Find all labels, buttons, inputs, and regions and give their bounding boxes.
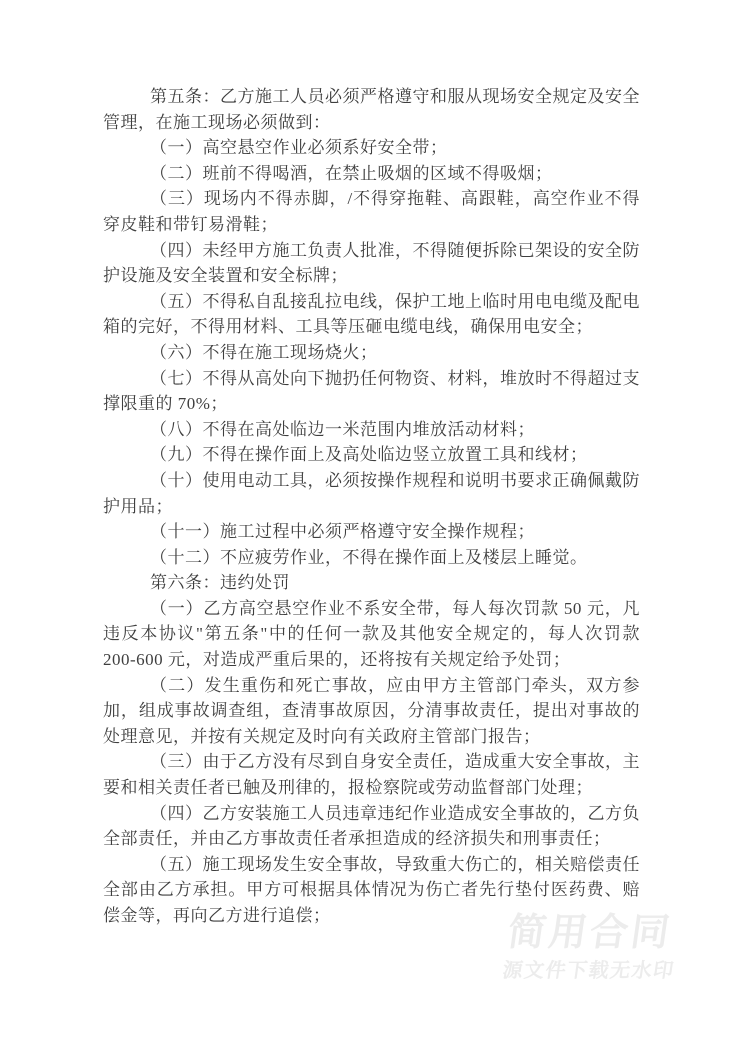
clause-6-item-3: （三）由于乙方没有尽到自身安全责任，造成重大安全事故，主要和相关责任者已触及刑律… (103, 749, 640, 800)
contract-body: 第五条：乙方施工人员必须严格遵守和服从现场安全规定及安全管理，在施工现场必须做到… (103, 84, 640, 929)
clause-5-item-3: （三）现场内不得赤脚，/不得穿拖鞋、高跟鞋，高空作业不得穿皮鞋和带钉易滑鞋； (103, 186, 640, 237)
clause-5-item-4: （四）未经甲方施工负责人批准，不得随便拆除已架设的安全防护设施及安全装置和安全标… (103, 238, 640, 289)
document-page: 第五条：乙方施工人员必须严格遵守和服从现场安全规定及安全管理，在施工现场必须做到… (0, 0, 742, 1049)
clause-5-item-11: （十一）施工过程中必须严格遵守安全操作规程； (103, 519, 640, 545)
clause-5-item-6: （六）不得在施工现场烧火； (103, 340, 640, 366)
clause-5-item-5: （五）不得私自乱接乱拉电线，保护工地上临时用电电缆及配电箱的完好，不得用材料、工… (103, 289, 640, 340)
clause-6-item-2: （二）发生重伤和死亡事故，应由甲方主管部门牵头，双方参加，组成事故调查组，查清事… (103, 673, 640, 750)
clause-5-item-10: （十）使用电动工具，必须按操作规程和说明书要求正确佩戴防护用品； (103, 468, 640, 519)
clause-6-heading: 第六条：违约处罚 (103, 570, 640, 596)
watermark: 简用合同 源文件下载无水印 (501, 910, 711, 984)
clause-5-item-1: （一）高空悬空作业必须系好安全带； (103, 135, 640, 161)
clause-6-item-1: （一）乙方高空悬空作业不系安全带，每人每次罚款 50 元，凡违反本协议"第五条"… (103, 596, 640, 673)
clause-5-item-9: （九）不得在操作面上及高处临边竖立放置工具和线材； (103, 442, 640, 468)
clause-5-item-7: （七）不得从高处向下抛扔任何物资、材料，堆放时不得超过支撑限重的 70%； (103, 366, 640, 417)
watermark-title: 简用合同 (505, 910, 711, 956)
clause-5-item-12: （十二）不应疲劳作业，不得在操作面上及楼层上睡觉。 (103, 545, 640, 571)
clause-5-heading: 第五条：乙方施工人员必须严格遵守和服从现场安全规定及安全管理，在施工现场必须做到… (103, 84, 640, 135)
clause-5-item-2: （二）班前不得喝酒，在禁止吸烟的区域不得吸烟； (103, 161, 640, 187)
watermark-subtitle: 源文件下载无水印 (501, 958, 705, 984)
clause-6-item-4: （四）乙方安装施工人员违章违纪作业造成安全事故的，乙方负全部责任，并由乙方事故责… (103, 801, 640, 852)
clause-5-item-8: （八）不得在高处临边一米范围内堆放活动材料； (103, 417, 640, 443)
